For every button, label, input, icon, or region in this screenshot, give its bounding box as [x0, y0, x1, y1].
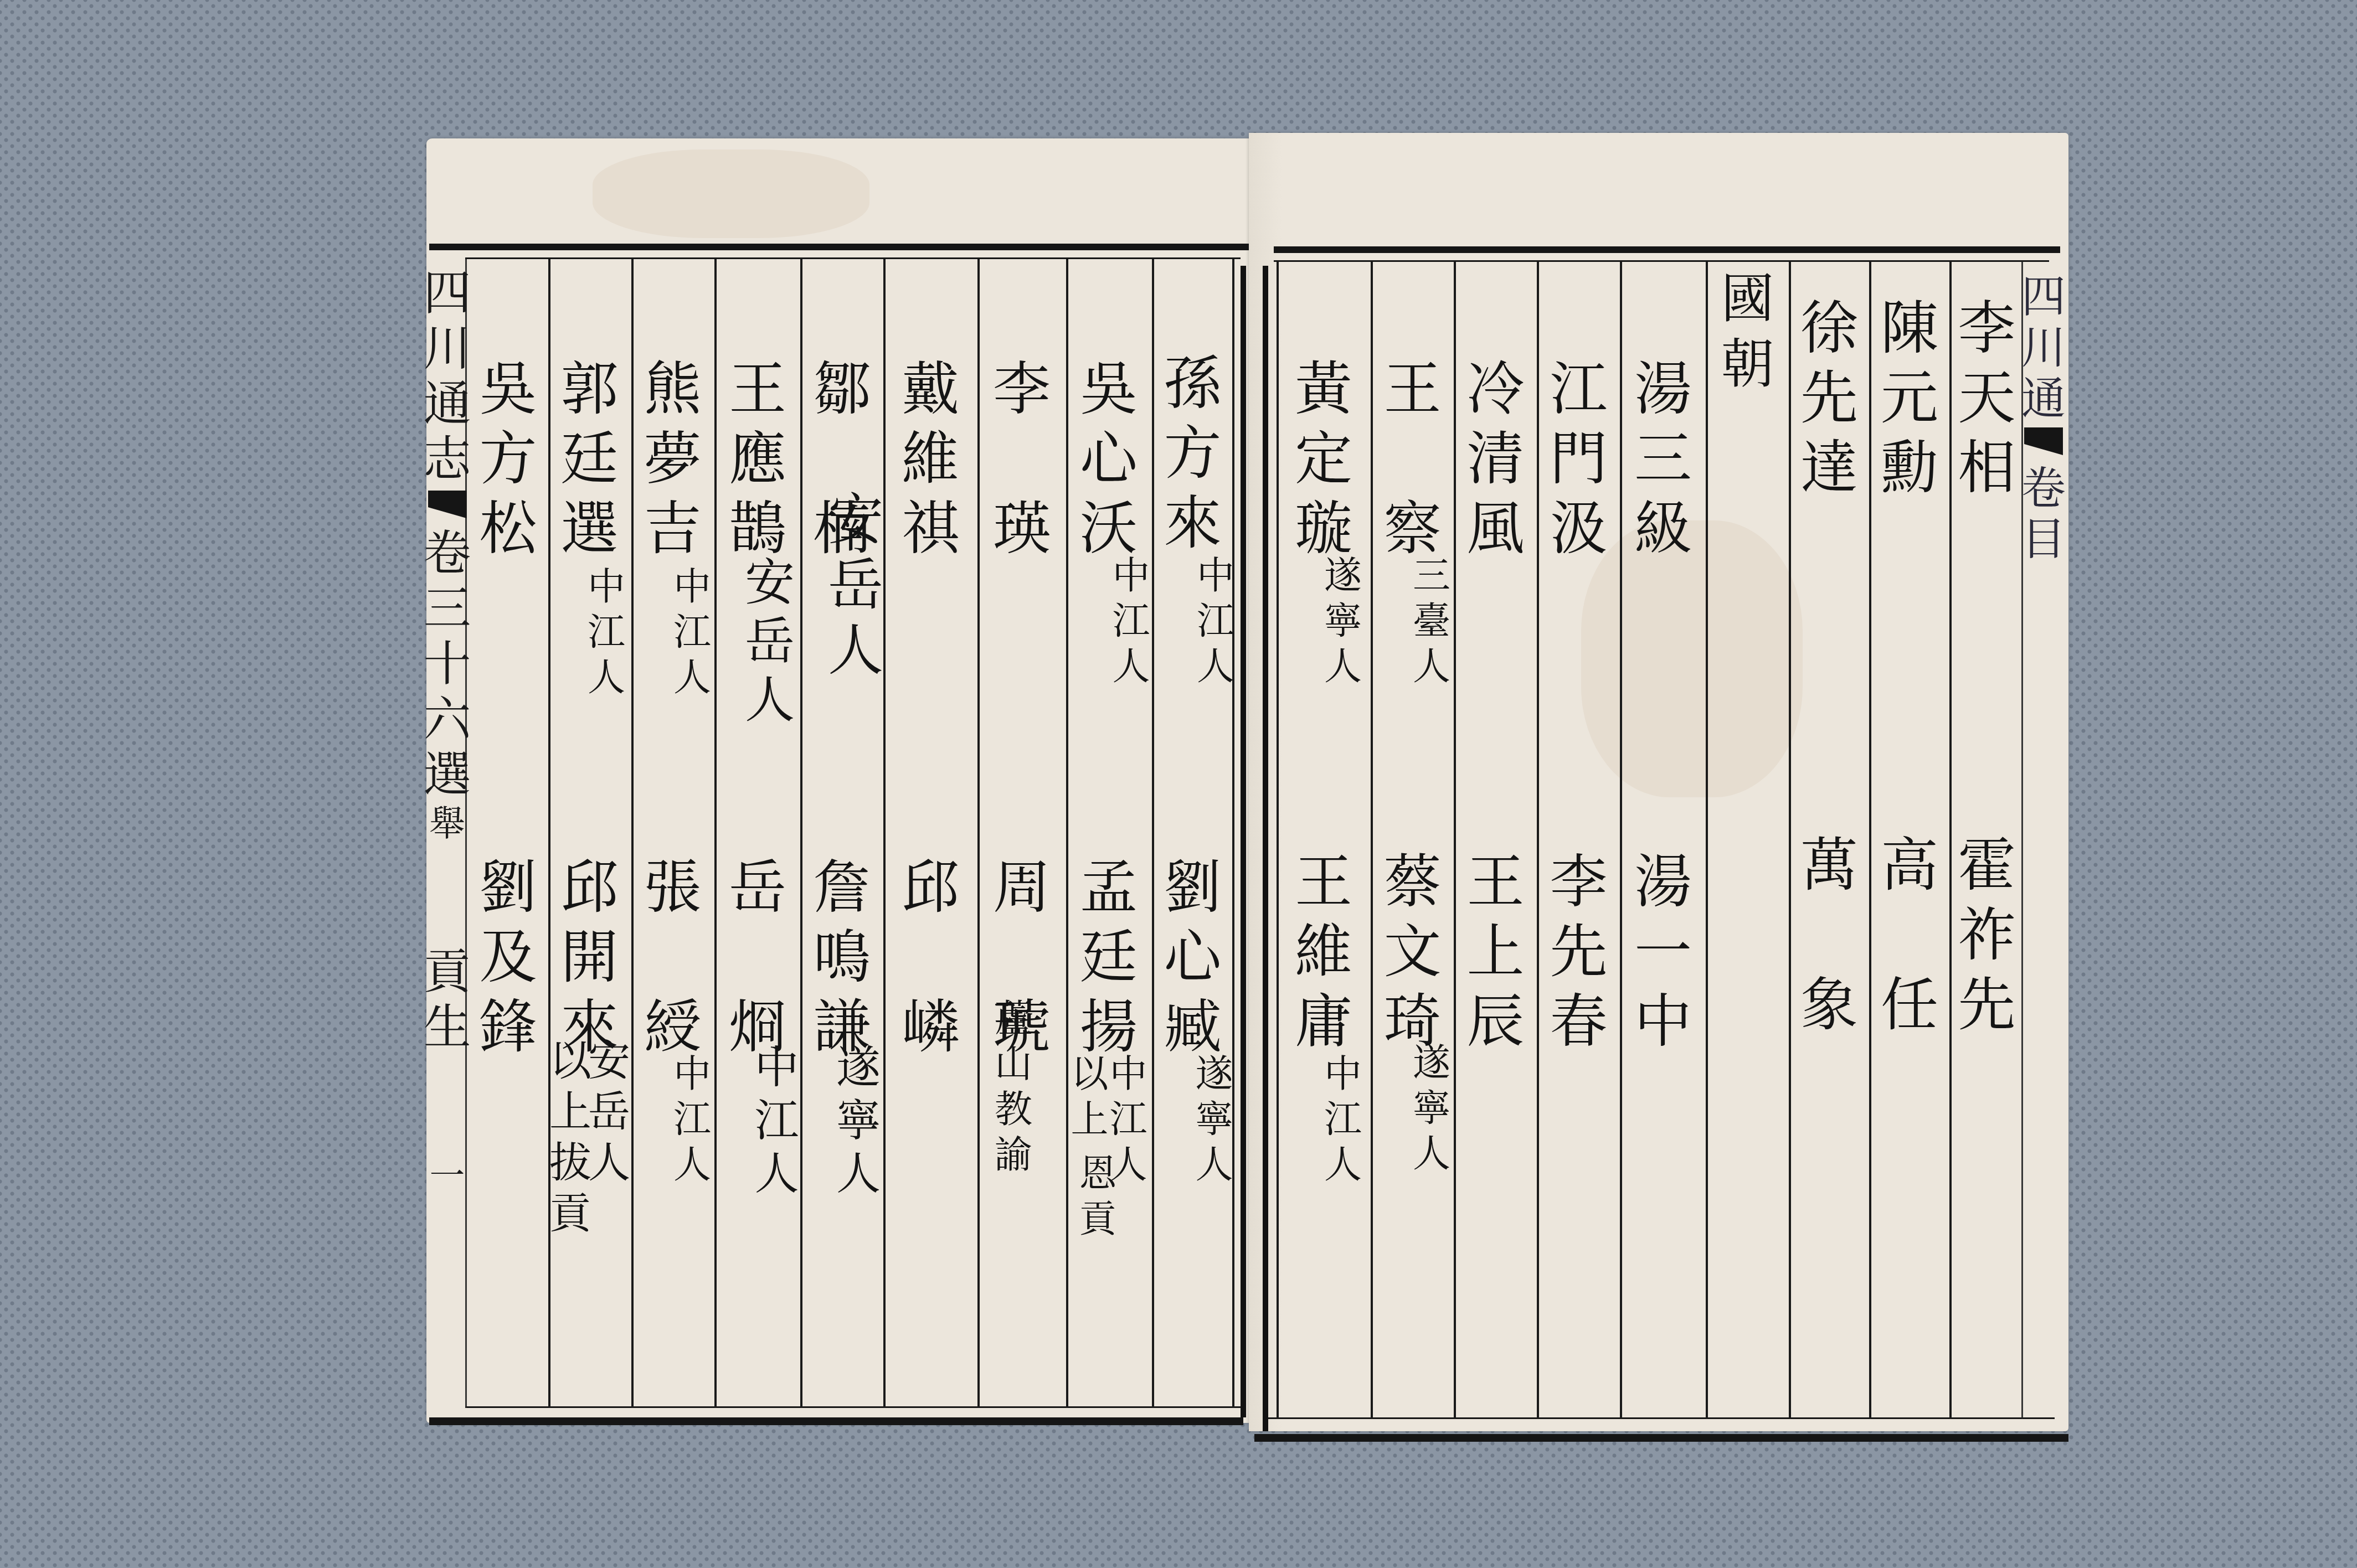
- banxin-juan-char: 六: [424, 692, 471, 747]
- banxin-fragment-char: 川: [2021, 322, 2066, 373]
- fishtail-mark-icon: [428, 491, 467, 518]
- entry-note: 恩貢: [1080, 1152, 1116, 1242]
- entry-note: 以上拔貢: [551, 1035, 590, 1239]
- entry-lower: 孟廷揚: [1067, 853, 1150, 1062]
- top-inner-rule-right: [1274, 260, 2049, 262]
- entry-note: 遂寧人: [1196, 1052, 1232, 1188]
- entry-upper: 王應鵲: [716, 354, 799, 564]
- entry-lower: 霍祚先: [1952, 831, 2021, 1040]
- bottom-inner-rule-left: [465, 1406, 1241, 1408]
- entry-lower: 李先春: [1538, 847, 1619, 1056]
- banxin-fragment-char: 目: [2021, 514, 2066, 565]
- column-rule: [977, 259, 980, 1408]
- entry-lower: 邱 嶙: [886, 853, 975, 1062]
- entry-note: 安岳人: [828, 487, 883, 683]
- entry-upper: 吳方松: [468, 354, 548, 564]
- entry-note: 遂寧人: [1324, 554, 1362, 690]
- top-border-right: [1274, 246, 2060, 253]
- gutter-border: [1241, 266, 1246, 1417]
- entry-upper: 郭廷選: [549, 354, 630, 564]
- gutter-border: [1263, 266, 1268, 1431]
- banxin-title-char: 四: [424, 266, 471, 321]
- entry-note: 中江人: [1324, 1052, 1362, 1188]
- entry-lower: 萬 象: [1790, 831, 1868, 1040]
- water-stain: [593, 149, 869, 238]
- entry-lower: 岳 烱: [716, 853, 799, 1062]
- entry-lower: 高 任: [1871, 831, 1948, 1040]
- entry-upper: 李天相: [1952, 293, 2021, 503]
- entry-note: 中江人: [673, 1052, 712, 1188]
- banxin-fragment-char: 卷: [2021, 463, 2066, 514]
- entry-upper: 江門汲: [1538, 354, 1619, 564]
- bottom-border-left: [429, 1417, 1243, 1425]
- banxin-fragment-char: 四: [2021, 271, 2066, 322]
- entry-upper: 孫方來: [1153, 349, 1232, 558]
- fishtail-mark-icon: [2024, 427, 2063, 455]
- entry-lower: 湯一中: [1622, 847, 1705, 1056]
- entry-note: 以上: [1072, 1052, 1108, 1143]
- banxin-juan-char: 卷: [424, 526, 471, 581]
- banxin-left: 四 川 通 志 卷 三 十 六 選 舉 貢 生 一: [429, 266, 465, 1197]
- banxin-juan-char: 三: [424, 581, 471, 637]
- entry-lower: 王上辰: [1455, 847, 1536, 1056]
- entry-upper: 戴維祺: [886, 354, 975, 564]
- column-rule: [883, 259, 886, 1408]
- entry-note: 中江人: [1113, 554, 1149, 690]
- entry-note: 中江人: [673, 565, 712, 701]
- banxin-title-char: 通: [424, 376, 471, 432]
- entry-lower: 蔡文琦: [1372, 847, 1453, 1056]
- entry-lower: 劉心臧: [1153, 853, 1232, 1062]
- banxin-fragment-char: 通: [2021, 373, 2066, 424]
- entry-note: 安岳人: [742, 554, 797, 730]
- person-name: 孫方來: [1164, 349, 1221, 558]
- entry-note: 遂寧人: [836, 1041, 881, 1200]
- column-rule: [1232, 259, 1234, 1408]
- entry-note: 中江人: [587, 565, 626, 701]
- entry-upper: 吳心沃: [1067, 354, 1150, 564]
- entry-upper: 王 察: [1372, 354, 1453, 564]
- entry-note: 中江人: [1199, 554, 1232, 690]
- entry-lower: 張 綬: [632, 853, 713, 1062]
- banxin-subsection-char: 生: [424, 1000, 471, 1055]
- entry-lower: 劉及鋒: [468, 853, 548, 1062]
- entry-note: 中江人: [756, 1041, 797, 1200]
- column-rule: [1277, 261, 1279, 1419]
- entry-note: 三臺人: [1412, 554, 1451, 690]
- banxin-section: 舉: [430, 803, 465, 845]
- entry-upper: 熊夢吉: [632, 354, 713, 564]
- entry-upper: 冷清風: [1455, 354, 1536, 564]
- banxin-subsection-char: 貢: [424, 945, 471, 1000]
- entry-upper: 湯三級: [1622, 354, 1705, 564]
- entry-upper: 黃定璇: [1279, 354, 1368, 564]
- entry-lower: 邱開來: [549, 853, 630, 1062]
- banxin-juan-char: 十: [424, 637, 471, 692]
- entry-upper: 徐先達: [1790, 293, 1868, 503]
- top-border-left: [429, 244, 1249, 250]
- entry-note: 蘆山教諭: [991, 997, 1036, 1178]
- entry-note: 安岳人: [590, 1035, 629, 1188]
- entry-upper: 陳元勳: [1871, 293, 1948, 503]
- top-inner-rule-left: [465, 257, 1241, 259]
- column-rule: [1949, 261, 1952, 1419]
- bottom-inner-rule-right: [1268, 1417, 2055, 1419]
- entry-lower: 王維庸: [1279, 847, 1368, 1056]
- bottom-border-right: [1254, 1434, 2068, 1442]
- banxin-right-fragment: 四 川 通 卷 目: [2024, 271, 2063, 565]
- column-rule: [1706, 261, 1708, 1419]
- entry-upper: 李 瑛: [980, 354, 1063, 564]
- column-rule: [2021, 261, 2023, 1419]
- banxin-juan-char: 選: [424, 747, 471, 803]
- banxin-title-char: 川: [424, 321, 471, 376]
- page-number: 一: [430, 1155, 465, 1197]
- banxin-title-char: 志: [424, 432, 471, 487]
- entry-lower: 詹鳴謙: [802, 853, 882, 1062]
- dynasty-heading: 國朝: [1707, 244, 1788, 396]
- entry-note: 遂寧人: [1412, 1041, 1451, 1177]
